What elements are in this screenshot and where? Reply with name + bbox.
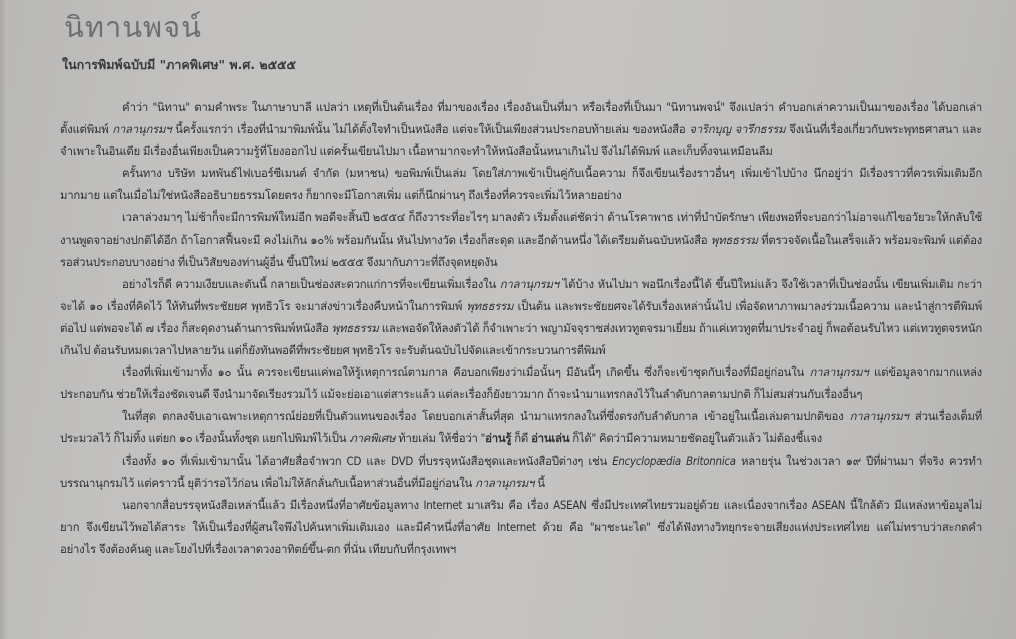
paragraph-8: นอกจากสื่อบรรจุหนังสือเหล่านี้แล้ว มีเรื… <box>60 494 982 560</box>
text-run: นอกจากสื่อบรรจุหนังสือเหล่านี้แล้ว มีเรื… <box>60 498 982 556</box>
book-title-italic: กาลานุกรมฯ <box>809 365 868 379</box>
paragraph-3: เวลาล่วงมาๆ ไม่ช้าก็จะมีการพิมพ์ใหม่อีก … <box>60 206 982 272</box>
text-run: นี้ครั้งแรกว่า เรื่องที่นำมาพิมพ์นั้น ไม… <box>171 122 689 136</box>
text-run: ในที่สุด ตกลงจับเอาเฉพาะเหตุการณ์ย่อยที่… <box>122 409 850 423</box>
book-title-italic: กาลานุกรมฯ <box>850 409 909 423</box>
reference-title-italic: Encyclopædia Britonnica <box>612 454 736 468</box>
section-title-bold: อ่านรู้ <box>485 431 511 445</box>
paragraph-4: อย่างไรก็ดี ความเงียบและตันนี้ กลายเป็นช… <box>60 273 982 361</box>
text-run: ท้ายเล่ม ให้ชื่อว่า " <box>395 431 485 445</box>
text-run: นี้ <box>534 476 545 490</box>
paragraph-2: ครั้นทาง บริษัท มหพันธ์ไฟเบอร์ซีเมนต์ จำ… <box>60 162 982 206</box>
text-run: ก็ดี <box>511 431 531 445</box>
book-title-italic: กาลานุกรมฯ <box>500 277 559 291</box>
body-text: คำว่า "นิทาน" ตามคำพระ ในภาษาบาลี แปลว่า… <box>60 96 982 560</box>
paragraph-7: เรื่องทั้ง ๑๐ ที่เพิ่มเข้ามานั้น ได้อาศั… <box>60 450 982 494</box>
book-title-italic: กาลานุกรมฯ <box>475 476 534 490</box>
section-name-italic: ภาคพิเศษ <box>349 431 395 445</box>
book-title-italic: พุทธธรรม <box>711 233 758 247</box>
page-title: นิทานพจน์ <box>64 4 202 50</box>
book-title-italic: พุทธธรรม <box>466 299 513 313</box>
text-run: อย่างไรก็ดี ความเงียบและตันนี้ กลายเป็นช… <box>122 277 500 291</box>
book-title-italic: กาลานุกรมฯ <box>112 122 171 136</box>
paragraph-6: ในที่สุด ตกลงจับเอาเฉพาะเหตุการณ์ย่อยที่… <box>60 405 982 449</box>
text-run: เรื่องที่เพิ่มเข้ามาทั้ง ๑๐ นั้น ควรจะเข… <box>122 365 809 379</box>
text-run: ครั้นทาง บริษัท มหพันธ์ไฟเบอร์ซีเมนต์ จำ… <box>60 166 982 202</box>
paragraph-1: คำว่า "นิทาน" ตามคำพระ ในภาษาบาลี แปลว่า… <box>60 96 982 162</box>
page-edge <box>0 0 8 639</box>
page-subtitle: ในการพิมพ์ฉบับมี "ภาคพิเศษ" พ.ศ. ๒๕๕๕ <box>62 55 296 75</box>
section-title-bold: อ่านเล่น <box>531 431 569 445</box>
book-title-italic: พุทธธรรม <box>332 321 379 335</box>
text-run: ก็ได้" คิดว่ามีความหมายชัดอยู่ในตัวแล้ว … <box>569 431 822 445</box>
book-title-italic: จาริกบุญ จารึกธรรม <box>689 122 785 136</box>
text-run: เรื่องทั้ง ๑๐ ที่เพิ่มเข้ามานั้น ได้อาศั… <box>122 454 612 468</box>
paragraph-5: เรื่องที่เพิ่มเข้ามาทั้ง ๑๐ นั้น ควรจะเข… <box>60 361 982 405</box>
